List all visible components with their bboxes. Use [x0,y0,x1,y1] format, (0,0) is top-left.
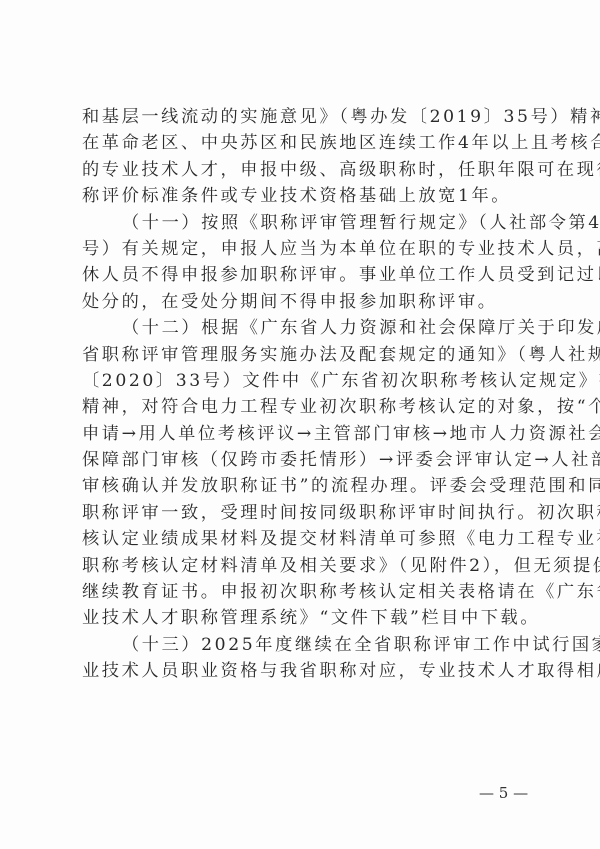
text-line: 在革命老区、中央苏区和民族地区连续工作4年以上且考核合格 [82,130,530,156]
text-line: 核认定业绩成果材料及提交材料清单可参照《电力工程专业初次 [82,526,530,552]
text-line: 〔2020〕33号）文件中《广东省初次职称考核认定规定》有关 [82,368,530,394]
text-line: 继续教育证书。申报初次职称考核认定相关表格请在《广东省专 [82,579,530,605]
text-line: 称评价标准条件或专业技术资格基础上放宽1年。 [82,183,530,209]
text-line: 精神，对符合电力工程专业初次职称考核认定的对象，按“个人 [82,394,530,420]
text-line: 号）有关规定，申报人应当为本单位在职的专业技术人员，离退 [82,236,530,262]
text-line: 审核确认并发放职称证书”的流程办理。评委会受理范围和同级 [82,473,530,499]
text-line: 和基层一线流动的实施意见》（粤办发〔2019〕35号）精神， [82,104,530,130]
text-line: 业技术人才职称管理系统》“文件下载”栏目中下载。 [82,605,530,631]
page-number: — 5 — [479,784,528,802]
text-line: 休人员不得申报参加职称评审。事业单位工作人员受到记过以上 [82,262,530,288]
text-line: 职称考核认定材料清单及相关要求》（见附件2），但无须提供 [82,553,530,579]
text-line: 业技术人员职业资格与我省职称对应，专业技术人才取得相应国 [82,658,530,684]
text-line: 处分的，在受处分期间不得申报参加职称评审。 [82,289,530,315]
paragraph-item-13-heading-line: （十三）2025年度继续在全省职称评审工作中试行国家专 [82,632,530,658]
document-page: 和基层一线流动的实施意见》（粤办发〔2019〕35号）精神， 在革命老区、中央苏… [0,0,600,849]
text-line: 的专业技术人才，申报中级、高级职称时，任职年限可在现行职 [82,157,530,183]
paragraph-item-11-heading-line: （十一）按照《职称评审管理暂行规定》（人社部令第40 [82,210,530,236]
text-line: 保障部门审核（仅跨市委托情形）→评委会评审认定→人社部门 [82,447,530,473]
text-line: 职称评审一致，受理时间按同级职称评审时间执行。初次职称考 [82,500,530,526]
document-body: 和基层一线流动的实施意见》（粤办发〔2019〕35号）精神， 在革命老区、中央苏… [82,104,530,685]
text-line: 省职称评审管理服务实施办法及配套规定的通知》（粤人社规 [82,342,530,368]
text-line: 申请→用人单位考核评议→主管部门审核→地市人力资源社会 [82,421,530,447]
paragraph-item-12-heading-line: （十二）根据《广东省人力资源和社会保障厅关于印发广东 [82,315,530,341]
